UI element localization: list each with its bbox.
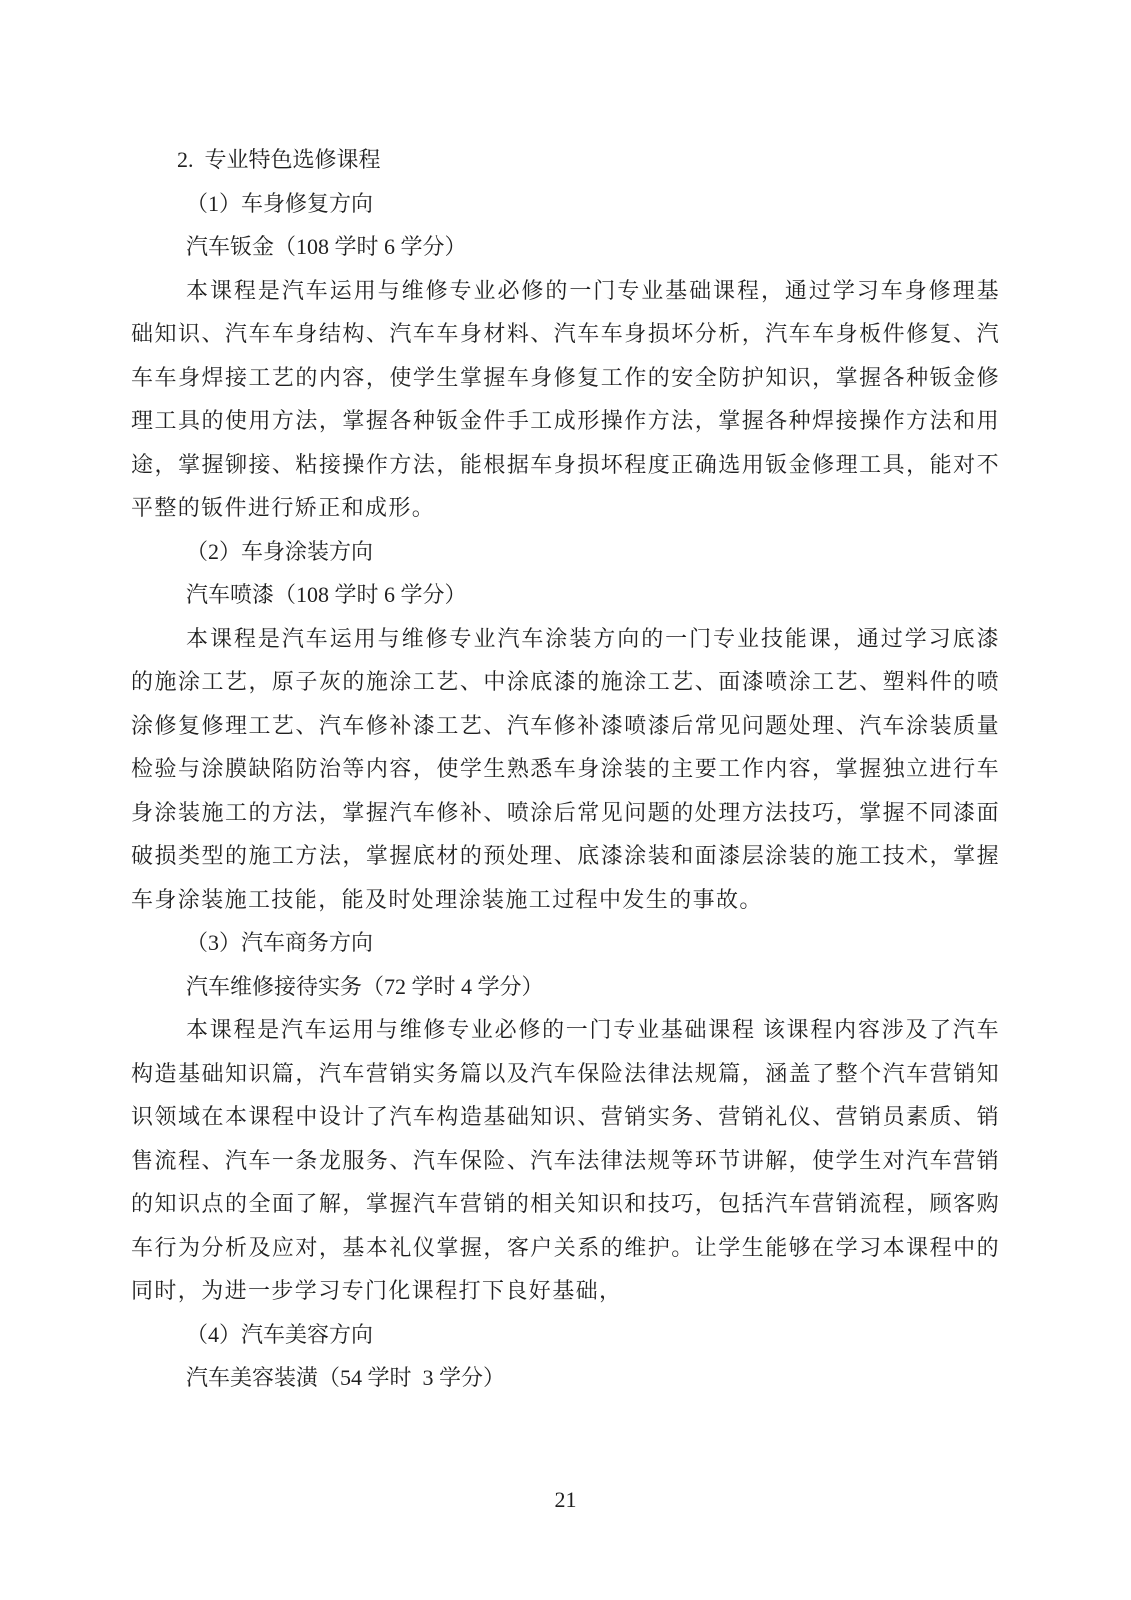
subsection-heading-3: （3）汽车商务方向	[131, 921, 1000, 965]
course-description-penqi: 本课程是汽车运用与维修专业汽车涂装方向的一门专业技能课，通过学习底漆的施涂工艺，…	[131, 617, 1000, 922]
course-description-jiedai: 本课程是汽车运用与维修专业必修的一门专业基础课程 该课程内容涉及了汽车构造基础知…	[131, 1008, 1000, 1313]
subsection-heading-4: （4）汽车美容方向	[131, 1313, 1000, 1357]
course-title-penqi: 汽车喷漆（108 学时 6 学分）	[131, 573, 1000, 617]
subsection-heading-1: （1）车身修复方向	[131, 182, 1000, 226]
subsection-heading-2: （2）车身涂装方向	[131, 530, 1000, 574]
course-title-banjin: 汽车钣金（108 学时 6 学分）	[131, 225, 1000, 269]
course-description-banjin: 本课程是汽车运用与维修专业必修的一门专业基础课程，通过学习车身修理基础知识、汽车…	[131, 269, 1000, 530]
page-content: 2. 专业特色选修课程 （1）车身修复方向 汽车钣金（108 学时 6 学分） …	[131, 138, 1000, 1400]
course-title-meirong: 汽车美容装潢（54 学时 3 学分）	[131, 1356, 1000, 1400]
section-heading: 2. 专业特色选修课程	[131, 138, 1000, 182]
page-number: 21	[0, 1478, 1131, 1522]
course-title-jiedai: 汽车维修接待实务（72 学时 4 学分）	[131, 965, 1000, 1009]
document-page: 2. 专业特色选修课程 （1）车身修复方向 汽车钣金（108 学时 6 学分） …	[0, 0, 1131, 1600]
